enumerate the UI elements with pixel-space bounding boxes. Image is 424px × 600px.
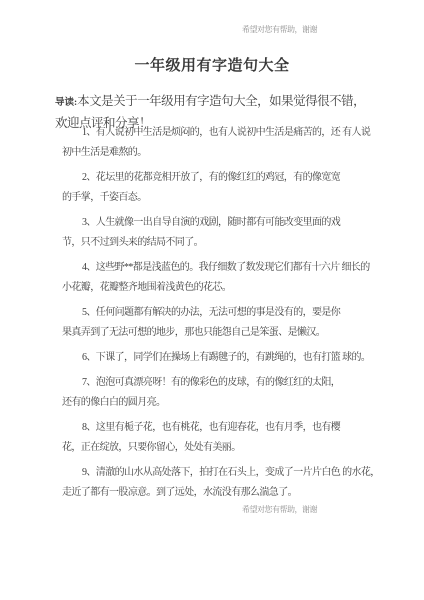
sentence-line-first: 7、泡泡可真漂亮呀！有的像彩色的皮球，有的像红红的太阳， bbox=[62, 373, 406, 393]
sentence-line-first: 5、任何问题都有解决的办法，无法可想的事是没有的，要是你 bbox=[62, 303, 406, 323]
sentence-line-first: 3、人生就像一出自导自演的戏剧，随时都有可能改变里面的戏 bbox=[62, 213, 406, 233]
sentence-line: 的手掌，千姿百态。 bbox=[62, 188, 406, 208]
sentence-item: 3、人生就像一出自导自演的戏剧，随时都有可能改变里面的戏节，只不过到头来的结局不… bbox=[62, 213, 406, 253]
sentence-line: 走近了都有一股凉意。到了远处，水流没有那么湍急了。 bbox=[62, 483, 406, 503]
sentence-item: 9、清澈的山水从高处落下，拍打在石头上，变成了一片片白色 的水花，走近了都有一股… bbox=[62, 463, 406, 503]
sentence-line-first: 9、清澈的山水从高处落下，拍打在石头上，变成了一片片白色 的水花， bbox=[62, 463, 406, 483]
intro-text: 本文是关于一年级用有字造句大全，如果觉得很不错， bbox=[77, 94, 365, 108]
sentence-line: 小花瓣，花瓣整齐地围着浅黄色的花芯。 bbox=[62, 278, 406, 298]
sentence-line-first: 8、这里有栀子花，也有桃花，也有迎春花，也有月季，也有樱 bbox=[62, 418, 406, 438]
sentence-item: 7、泡泡可真漂亮呀！有的像彩色的皮球，有的像红红的太阳，还有的像白白的圆月亮。 bbox=[62, 373, 406, 413]
sentence-line-first: 4、这些野**都是浅蓝色的。我仔细数了数发现它们都有十六片 细长的 bbox=[62, 258, 406, 278]
sentence-line: 还有的像白白的圆月亮。 bbox=[62, 393, 406, 413]
sentence-item: 2、花坛里的花都竞相开放了，有的像红红的鸡冠，有的像宽宽的手掌，千姿百态。 bbox=[62, 168, 406, 208]
header-note: 希望对您有帮助，谢谢 bbox=[0, 24, 317, 35]
sentence-item: 6、下课了，同学们在操场上有踢毽子的，有跳绳的，也有打篮 球的。 bbox=[62, 348, 406, 368]
sentence-item: 4、这些野**都是浅蓝色的。我仔细数了数发现它们都有十六片 细长的小花瓣，花瓣整… bbox=[62, 258, 406, 298]
document-page: 希望对您有帮助，谢谢 一年级用有字造句大全 导读:本文是关于一年级用有字造句大全… bbox=[0, 0, 424, 600]
sentence-list: 1、有人说初中生活是烦闷的，也有人说初中生活是痛苦的，还 有人说初中生活是难熬的… bbox=[62, 123, 406, 508]
intro-label: 导读: bbox=[55, 98, 77, 108]
sentence-line: 花，正在绽放，只要你留心，处处有美丽。 bbox=[62, 438, 406, 458]
intro-line-1: 导读:本文是关于一年级用有字造句大全，如果觉得很不错， bbox=[55, 91, 404, 113]
sentence-line-first: 1、有人说初中生活是烦闷的，也有人说初中生活是痛苦的，还 有人说 bbox=[62, 123, 406, 143]
sentence-item: 1、有人说初中生活是烦闷的，也有人说初中生活是痛苦的，还 有人说初中生活是难熬的… bbox=[62, 123, 406, 163]
sentence-item: 8、这里有栀子花，也有桃花，也有迎春花，也有月季，也有樱花，正在绽放，只要你留心… bbox=[62, 418, 406, 458]
sentence-line-first: 6、下课了，同学们在操场上有踢毽子的，有跳绳的，也有打篮 球的。 bbox=[62, 348, 406, 368]
sentence-line-first: 2、花坛里的花都竞相开放了，有的像红红的鸡冠，有的像宽宽 bbox=[62, 168, 406, 188]
page-title: 一年级用有字造句大全 bbox=[0, 54, 424, 75]
footer-note: 希望对您有帮助，谢谢 bbox=[0, 504, 317, 515]
sentence-item: 5、任何问题都有解决的办法，无法可想的事是没有的，要是你果真弄到了无法可想的地步… bbox=[62, 303, 406, 343]
sentence-line: 节，只不过到头来的结局不同了。 bbox=[62, 233, 406, 253]
sentence-line: 果真弄到了无法可想的地步，那也只能怨自己是笨蛋、是懒汉。 bbox=[62, 323, 406, 343]
sentence-line: 初中生活是难熬的。 bbox=[62, 143, 406, 163]
